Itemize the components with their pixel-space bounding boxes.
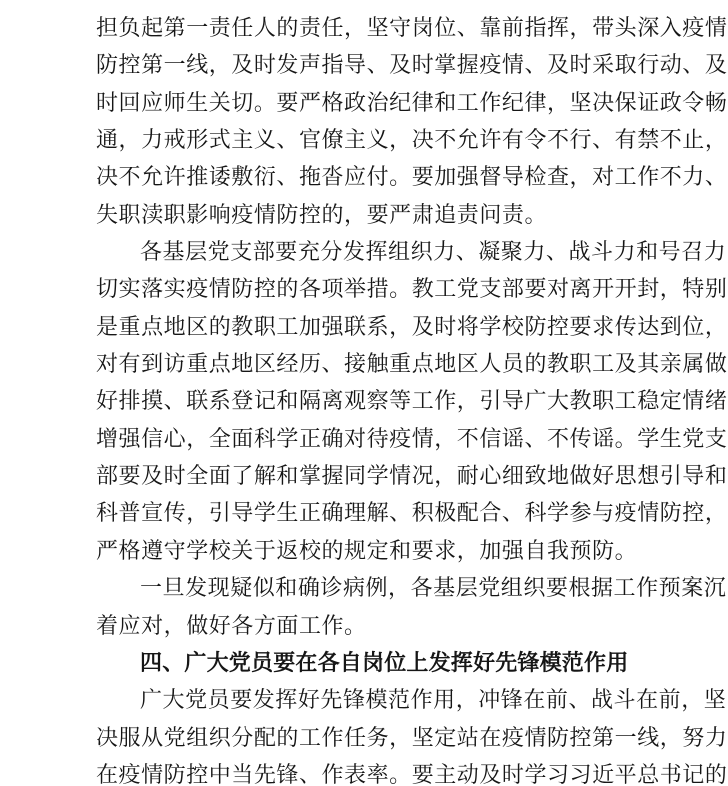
text-line: 广大党员要发挥好先锋模范作用，冲锋在前、战斗在前，坚 <box>96 681 698 718</box>
text-line: 决不允许推诿敷衍、拖沓应付。要加强督导检查，对工作不力、 <box>96 158 698 195</box>
text-line: 各基层党支部要充分发挥组织力、凝聚力、战斗力和号召力， <box>96 233 698 270</box>
text-line: 时回应师生关切。要严格政治纪律和工作纪律，坚决保证政令畅 <box>96 84 698 121</box>
text-line: 好排摸、联系登记和隔离观察等工作，引导广大教职工稳定情绪、 <box>96 382 698 419</box>
text-line: 担负起第一责任人的责任，坚守岗位、靠前指挥，带头深入疫情 <box>96 9 698 46</box>
text-line: 科普宣传，引导学生正确理解、积极配合、科学参与疫情防控， <box>96 494 698 531</box>
document-page: 担负起第一责任人的责任，坚守岗位、靠前指挥，带头深入疫情防控第一线，及时发声指导… <box>0 0 728 786</box>
text-line: 切实落实疫情防控的各项举措。教工党支部要对离开开封，特别 <box>96 270 698 307</box>
text-line: 是重点地区的教职工加强联系，及时将学校防控要求传达到位， <box>96 308 698 345</box>
text-line: 一旦发现疑似和确诊病例，各基层党组织要根据工作预案沉 <box>96 569 698 606</box>
text-line: 通，力戒形式主义、官僚主义，决不允许有令不行、有禁不止， <box>96 121 698 158</box>
text-line: 部要及时全面了解和掌握同学情况，耐心细致地做好思想引导和 <box>96 457 698 494</box>
text-line: 对有到访重点地区经历、接触重点地区人员的教职工及其亲属做 <box>96 345 698 382</box>
text-line: 防控第一线，及时发声指导、及时掌握疫情、及时采取行动、及 <box>96 46 698 83</box>
text-line: 失职渎职影响疫情防控的，要严肃追责问责。 <box>96 196 698 233</box>
text-line: 在疫情防控中当先锋、作表率。要主动及时学习习近平总书记的 <box>96 756 698 786</box>
section-heading: 四、广大党员要在各自岗位上发挥好先锋模范作用 <box>96 644 698 681</box>
text-line: 着应对，做好各方面工作。 <box>96 607 698 644</box>
text-line: 增强信心，全面科学正确对待疫情，不信谣、不传谣。学生党支 <box>96 420 698 457</box>
text-line: 严格遵守学校关于返校的规定和要求，加强自我预防。 <box>96 532 698 569</box>
document-body: 担负起第一责任人的责任，坚守岗位、靠前指挥，带头深入疫情防控第一线，及时发声指导… <box>96 9 698 786</box>
text-line: 决服从党组织分配的工作任务，坚定站在疫情防控第一线，努力 <box>96 719 698 756</box>
